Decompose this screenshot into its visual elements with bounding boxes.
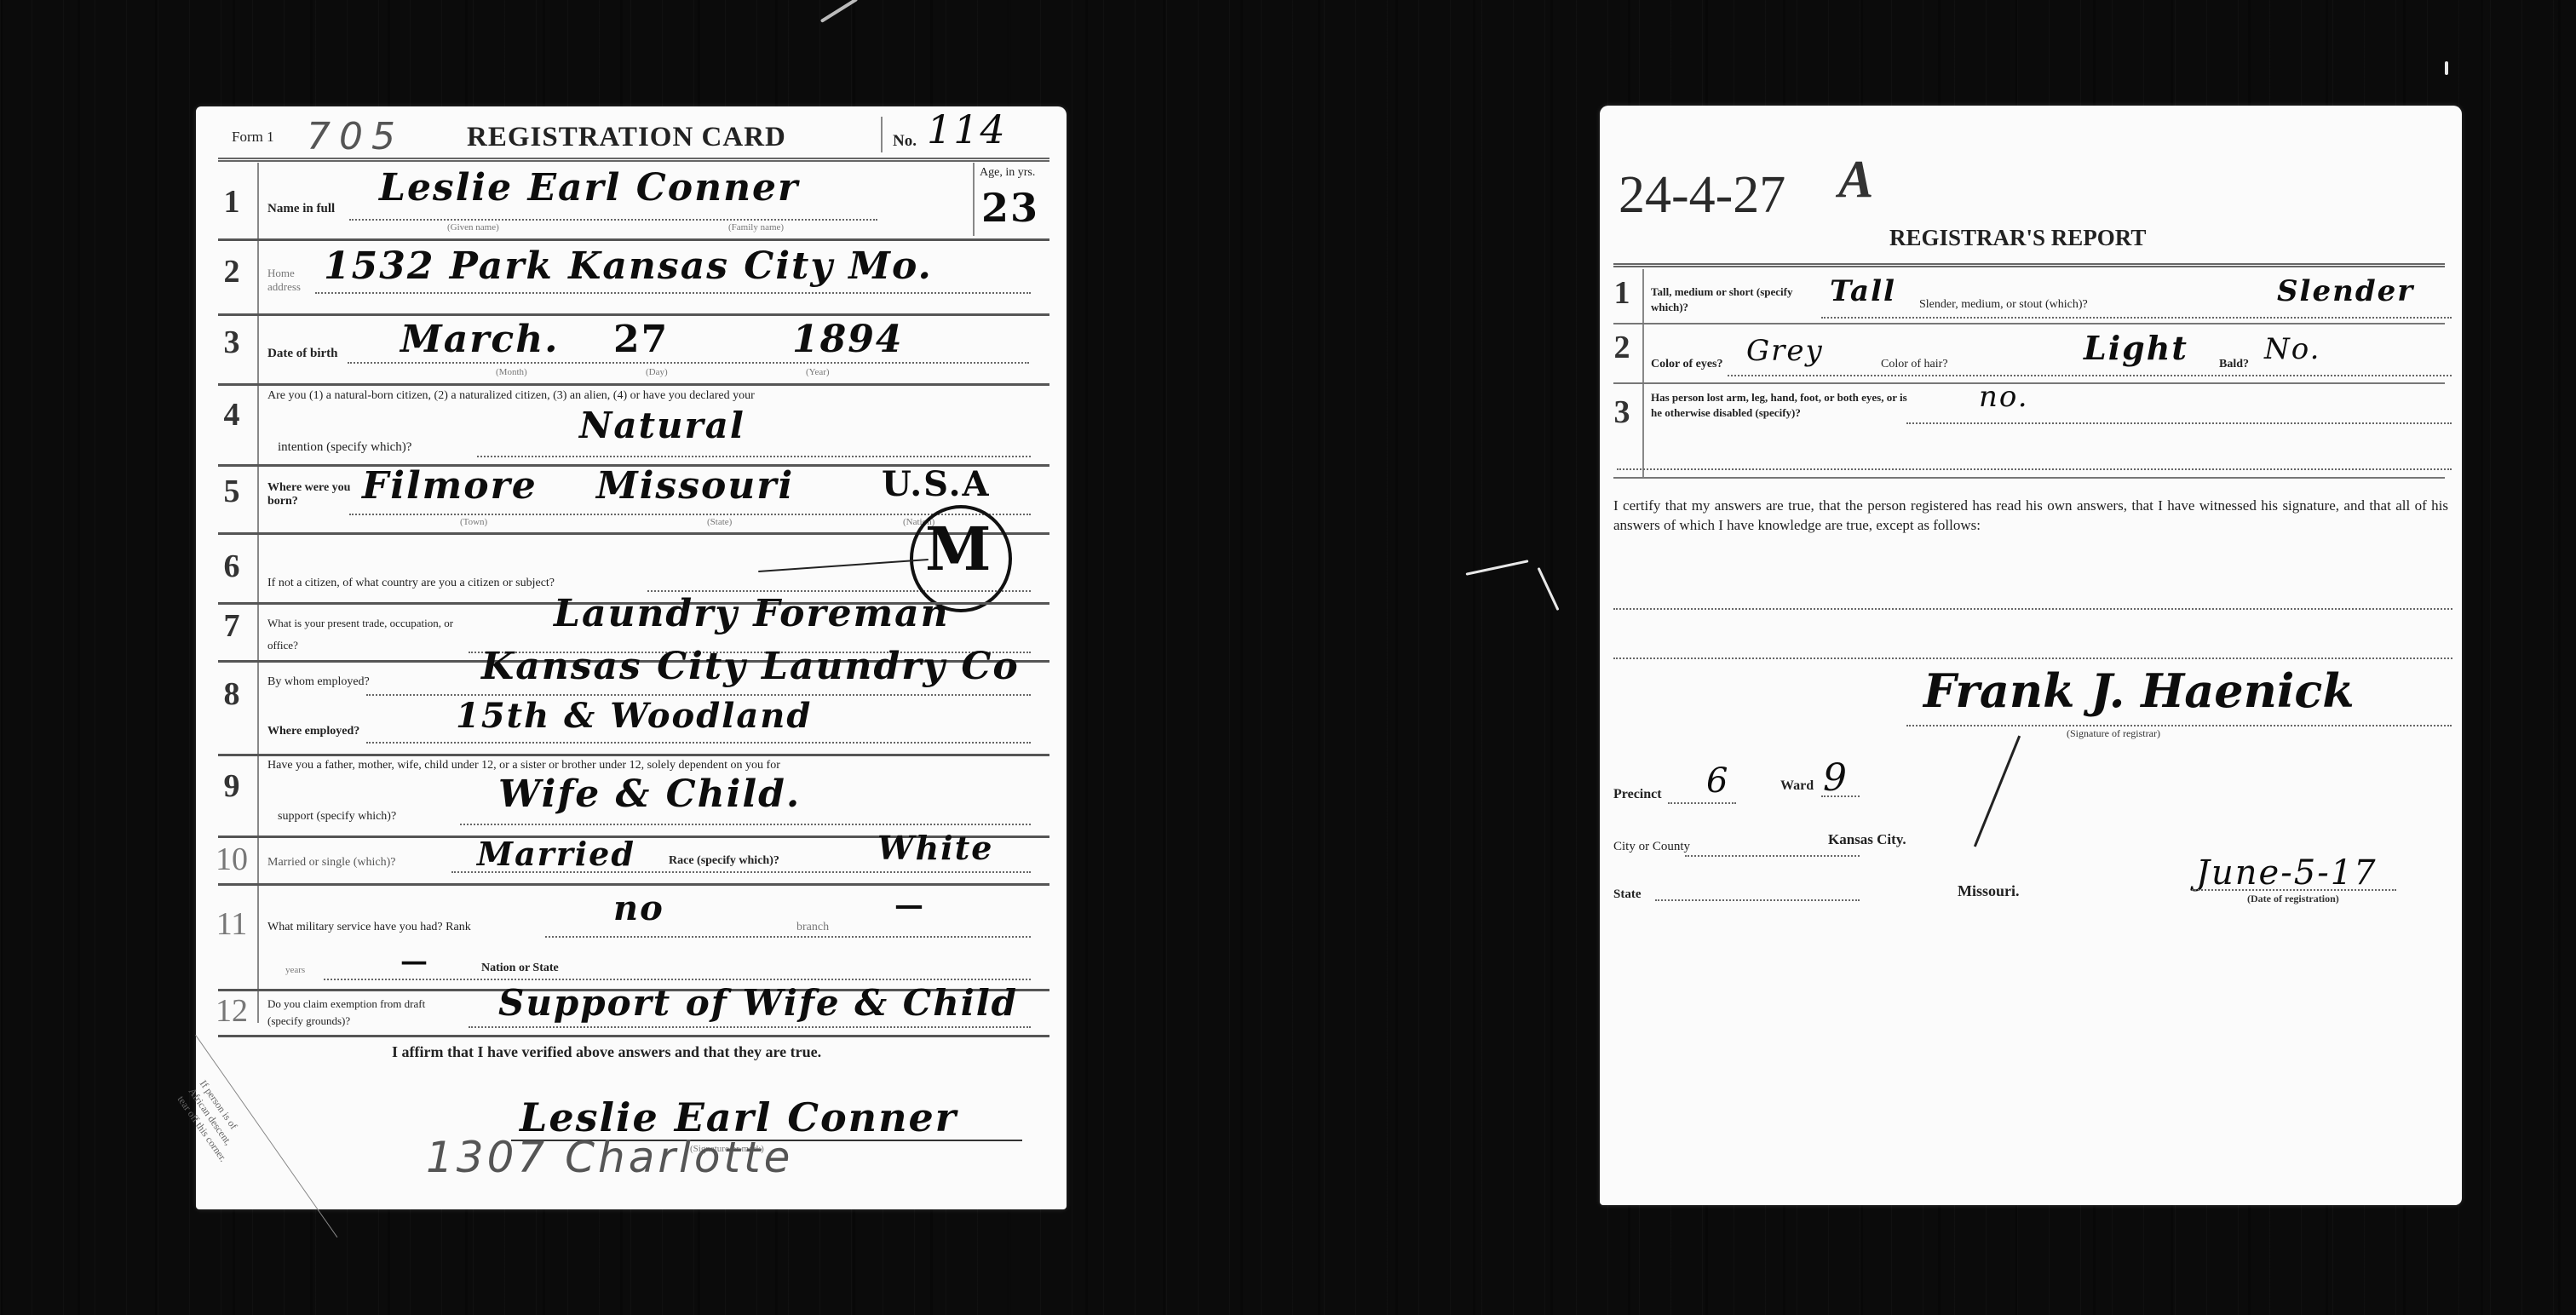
city-label: City or County [1613, 840, 1690, 854]
name-label: Name in full [267, 202, 335, 216]
registrar-signature: Frank J. Haenick [1923, 663, 2355, 718]
affirmation-text: I affirm that I have verified above answ… [392, 1043, 821, 1061]
exemption-label: Do you claim exemption from draft (speci… [267, 996, 463, 1030]
race-label: Race (specify which)? [669, 854, 779, 868]
disability-value: no. [1979, 380, 2029, 414]
precinct-value: 6 [1706, 761, 1729, 801]
precinct-label: Precinct [1613, 787, 1662, 802]
hair-color-label: Color of hair? [1881, 358, 1948, 371]
employer-location-label: Where employed? [267, 725, 359, 738]
marital-label: Married or single (which)? [267, 856, 395, 870]
birth-nation: U.S.A [882, 464, 991, 504]
state-label: State [1613, 887, 1642, 902]
exemption-value: Support of Wife & Child [498, 982, 1018, 1024]
ward-value: 9 [1823, 756, 1849, 800]
hair-color-value: Light [2084, 329, 2188, 367]
circled-mark-letter: M [925, 514, 993, 584]
eye-color-label: Color of eyes? [1651, 358, 1723, 371]
registrars-report-card: 24-4-27 A REGISTRAR'S REPORT 1 Tall, med… [1600, 106, 2462, 1205]
stamp-number: 24-4-27 [1619, 165, 1785, 226]
dob-month: March. [400, 318, 560, 361]
stamp-letter: A [1838, 150, 1873, 210]
height-value: Tall [1830, 274, 1896, 308]
disability-label: Has person lost arm, leg, hand, foot, or… [1651, 390, 1915, 421]
certification-text: I certify that my answers are true, that… [1613, 496, 2448, 535]
occupation-label: What is your present trade, occupation, … [267, 612, 463, 657]
age-value: 23 [981, 185, 1039, 231]
employer-value: Kansas City Laundry Co [481, 645, 1020, 688]
number-label: No. [893, 132, 917, 151]
eye-color-value: Grey [1746, 334, 1824, 368]
city-value: Kansas City. [1828, 831, 1906, 848]
dependents-value: Wife & Child. [498, 772, 801, 816]
build-label: Slender, medium, or stout (which)? [1919, 298, 2088, 312]
bald-value: No. [2264, 332, 2320, 366]
form-label: Form 1 [232, 129, 274, 146]
age-label: Age, in yrs. [980, 166, 1035, 180]
registration-card: Form 1 705 REGISTRATION CARD No. 114 1 N… [196, 106, 1067, 1209]
military-label: What military service have you had? Rank [267, 921, 471, 934]
film-scratch [2445, 61, 2448, 75]
card-title: REGISTRATION CARD [467, 122, 786, 153]
dob-label: Date of birth [267, 347, 338, 361]
ink-stroke [1974, 736, 2021, 847]
registration-date: June-5-17 [2196, 853, 2378, 893]
dob-year: 1894 [792, 318, 903, 361]
birthplace-label: Where were you born? [267, 481, 353, 508]
build-value: Slender [2277, 274, 2414, 308]
film-scratch [1538, 567, 1560, 611]
ward-label: Ward [1780, 778, 1814, 794]
name-value: Leslie Earl Conner [379, 166, 799, 210]
height-label: Tall, medium or short (specify which)? [1651, 284, 1821, 315]
film-scratch [1466, 560, 1529, 576]
race-value: White [877, 829, 993, 867]
pencil-address: 1307 Charlotte [426, 1133, 793, 1182]
military-rank-value: no [613, 888, 664, 928]
citizenship-question: Are you (1) a natural-born citizen, (2) … [267, 389, 755, 403]
serial-number: 705 [307, 115, 404, 158]
foreign-citizen-question: If not a citizen, of what country are yo… [267, 577, 555, 590]
marital-value: Married [477, 835, 635, 873]
film-scratch [820, 0, 859, 23]
address-label: Home address [267, 267, 319, 294]
card-number: 114 [927, 106, 1007, 152]
employer-location-value: 15th & Woodland [456, 696, 812, 736]
state-value: Missouri. [1958, 882, 2020, 900]
ink-stroke [758, 559, 929, 572]
employer-label: By whom employed? [267, 675, 370, 689]
dob-day: 27 [613, 318, 669, 361]
dependents-question: Have you a father, mother, wife, child u… [267, 759, 780, 772]
birth-state: Missouri [596, 464, 794, 508]
address-value: 1532 Park Kansas City Mo. [324, 244, 933, 288]
bald-label: Bald? [2219, 358, 2249, 371]
occupation-value: Laundry Foreman [554, 592, 950, 635]
report-title: REGISTRAR'S REPORT [1889, 225, 2146, 251]
tear-off-corner-note: If person is of African descent, tear of… [175, 1077, 255, 1167]
citizenship-value: Natural [579, 405, 745, 446]
birth-town: Filmore [362, 464, 538, 508]
